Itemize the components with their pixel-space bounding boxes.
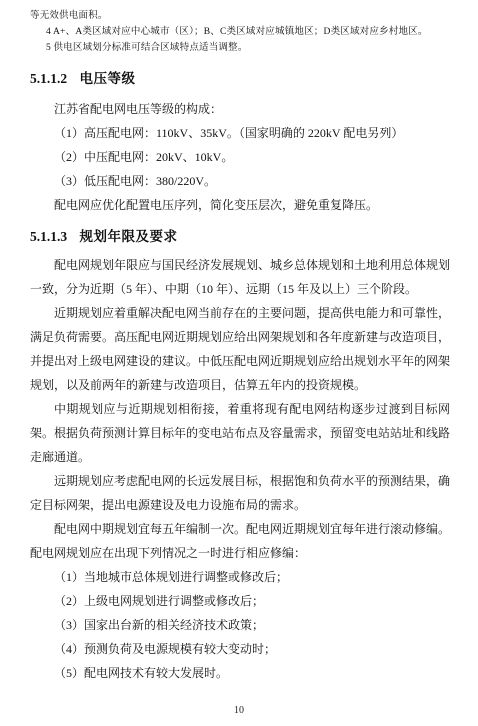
paragraph-long-term: 远期规划应考虑配电网的长远发展目标，根据饱和负荷水平的预测结果，确定目标网架，提…: [30, 469, 450, 517]
footnote-block: 等无效供电面积。 4 A+、A类区域对应中心城市（区）；B、C类区域对应城镇地区…: [30, 8, 450, 56]
list-item-revision-4: （4）预测负荷及电源规模有较大变动时；: [30, 637, 450, 661]
paragraph-mid-term: 中期规划应与近期规划相衔接，着重将现有配电网结构逐步过渡到目标网架。根据负荷预测…: [30, 397, 450, 469]
paragraph-planning-horizon: 配电网规划年限应与国民经济发展规划、城乡总体规划和土地利用总体规划一致，分为近期…: [30, 253, 450, 301]
list-item-low-voltage: （3）低压配电网：380/220V。: [30, 169, 450, 193]
section-number: 5.1.1.3: [30, 229, 67, 244]
paragraph-near-term: 近期规划应着重解决配电网当前存在的主要问题，提高供电能力和可靠性，满足负荷需要。…: [30, 301, 450, 397]
section-heading-5-1-1-2: 5.1.1.2 电压等级: [30, 70, 450, 88]
section-title: 电压等级: [80, 71, 136, 86]
list-item-revision-2: （2）上级电网规划进行调整或修改后；: [30, 589, 450, 613]
list-item-medium-voltage: （2）中压配电网：20kV、10kV。: [30, 145, 450, 169]
section-heading-5-1-1-3: 5.1.1.3 规划年限及要求: [30, 228, 450, 246]
list-item-revision-3: （3）国家出台新的相关经济技术政策；: [30, 613, 450, 637]
footnote-continuation: 等无效供电面积。: [30, 8, 450, 24]
section-title: 规划年限及要求: [80, 229, 178, 244]
footnote-item-5: 5 供电区域划分标准可结合区域特点适当调整。: [30, 40, 450, 56]
document-page: 等无效供电面积。 4 A+、A类区域对应中心城市（区）；B、C类区域对应城镇地区…: [0, 0, 478, 726]
paragraph-voltage-intro: 江苏省配电网电压等级的构成：: [30, 97, 450, 121]
paragraph-voltage-note: 配电网应优化配置电压序列，简化变压层次，避免重复降压。: [30, 193, 450, 217]
section-number: 5.1.1.2: [30, 71, 67, 86]
paragraph-revision-rule: 配电网中期规划宜每五年编制一次。配电网近期规划宜每年进行滚动修编。配电网规划应在…: [30, 517, 450, 565]
list-item-revision-5: （5）配电网技术有较大发展时。: [30, 661, 450, 685]
footnote-item-4: 4 A+、A类区域对应中心城市（区）；B、C类区域对应城镇地区；D类区域对应乡村…: [30, 24, 450, 40]
list-item-high-voltage: （1）高压配电网：110kV、35kV。（国家明确的 220kV 配电另列）: [30, 121, 450, 145]
page-number: 10: [0, 705, 478, 716]
list-item-revision-1: （1）当地城市总体规划进行调整或修改后；: [30, 565, 450, 589]
